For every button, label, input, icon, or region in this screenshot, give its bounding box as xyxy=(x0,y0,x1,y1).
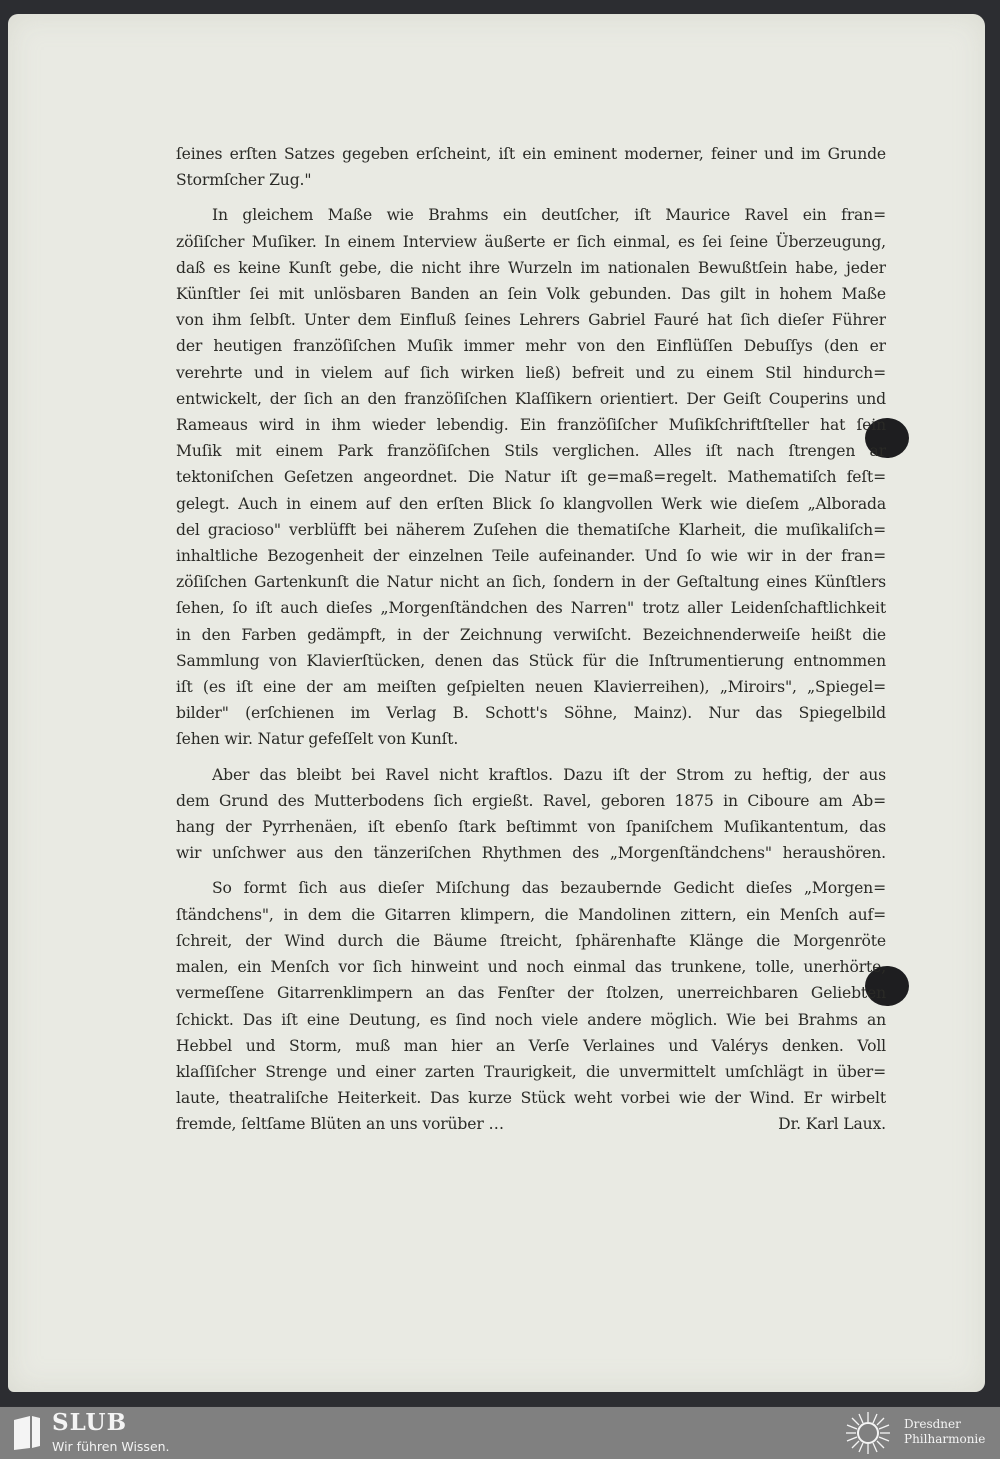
slub-logo-icon xyxy=(12,1414,42,1452)
paragraph-2: In gleichem Maße wie Brahms ein deutſche… xyxy=(176,202,886,752)
slub-tagline: Wir führen Wissen. xyxy=(52,1439,170,1454)
footer-bar: SLUB Wir führen Wissen. Dresdner Philhar… xyxy=(0,1407,1000,1459)
text-line: laute, theatraliſche Heiterkeit. Das kur… xyxy=(176,1085,886,1111)
paragraph-1: ſeines erſten Satzes gegeben erſcheint, … xyxy=(176,141,886,193)
text-line: ſtändchens", in dem die Gitarren klimper… xyxy=(176,902,886,928)
philharmonie-name: Dresdner Philharmonie xyxy=(904,1417,985,1447)
text-line: hang der Pyrrhenäen, iſt ebenſo ſtark be… xyxy=(176,814,886,840)
philharmonie-logo-icon xyxy=(840,1410,896,1456)
text-line: gelegt. Auch in einem auf den erſten Bli… xyxy=(176,491,886,517)
author-signature: Dr. Karl Laux. xyxy=(778,1111,886,1137)
text-line: Künſtler ſei mit unlösbaren Banden an ſe… xyxy=(176,281,886,307)
text-line: Stormſcher Zug." xyxy=(176,167,886,193)
text-line: Hebbel und Storm, muß man hier an Verſe … xyxy=(176,1033,886,1059)
closing-line: fremde, ſeltſame Blüten an uns vorüber …… xyxy=(176,1111,886,1137)
text-line: daß es keine Kunſt gebe, die nicht ihre … xyxy=(176,255,886,281)
text-line: Sammlung von Klavierſtücken, denen das S… xyxy=(176,648,886,674)
text-line: klaſſiſcher Strenge und einer zarten Tra… xyxy=(176,1059,886,1085)
philharmonie-line2: Philharmonie xyxy=(904,1432,985,1446)
text-line: von ihm ſelbſt. Unter dem Einfluß ſeines… xyxy=(176,307,886,333)
text-line: wir unſchwer aus den tänzeriſchen Rhythm… xyxy=(176,840,886,866)
text-line: In gleichem Maße wie Brahms ein deutſche… xyxy=(176,202,886,228)
text-line: entwickelt, der ſich an den franzöſiſche… xyxy=(176,386,886,412)
text-line: del gracioso" verblüfft bei näherem Zuſe… xyxy=(176,517,886,543)
text-line: inhaltliche Bezogenheit der einzelnen Te… xyxy=(176,543,886,569)
text-line: bilder" (erſchienen im Verlag B. Schott'… xyxy=(176,700,886,726)
text-line: ſchreit, der Wind durch die Bäume ſtreic… xyxy=(176,928,886,954)
text-line: zöſiſcher Muſiker. In einem Interview äu… xyxy=(176,229,886,255)
text-line: zöſiſchen Gartenkunſt die Natur nicht an… xyxy=(176,569,886,595)
document-body: ſeines erſten Satzes gegeben erſcheint, … xyxy=(176,141,886,1147)
text-line: So formt ſich aus dieſer Miſchung das be… xyxy=(176,875,886,901)
text-line: Aber das bleibt bei Ravel nicht kraftlos… xyxy=(176,762,886,788)
text-line: Rameaus wird in ihm wieder lebendig. Ein… xyxy=(176,412,886,438)
closing-text: fremde, ſeltſame Blüten an uns vorüber … xyxy=(176,1111,504,1137)
text-line: ſehen wir. Natur gefeſſelt von Kunſt. xyxy=(176,726,886,752)
slub-name: SLUB xyxy=(52,1409,127,1436)
text-line: in den Farben gedämpft, in der Zeichnung… xyxy=(176,622,886,648)
text-line: tektoniſchen Geſetzen angeordnet. Die Na… xyxy=(176,464,886,490)
paragraph-3: Aber das bleibt bei Ravel nicht kraftlos… xyxy=(176,762,886,867)
philharmonie-line1: Dresdner xyxy=(904,1417,961,1431)
text-line: vermeſſene Gitarrenklimpern an das Fenſt… xyxy=(176,980,886,1006)
text-line: dem Grund des Mutterbodens ſich ergießt.… xyxy=(176,788,886,814)
text-line: verehrte und in vielem auf ſich wirken l… xyxy=(176,360,886,386)
text-line: ſchickt. Das iſt eine Deutung, es ſind n… xyxy=(176,1007,886,1033)
paragraph-4: So formt ſich aus dieſer Miſchung das be… xyxy=(176,875,886,1137)
text-line: Muſik mit einem Park franzöſiſchen Stils… xyxy=(176,438,886,464)
text-line: ſehen, ſo iſt auch dieſes „Morgenſtändch… xyxy=(176,595,886,621)
text-line: malen, ein Menſch vor ſich hinweint und … xyxy=(176,954,886,980)
text-line: ſeines erſten Satzes gegeben erſcheint, … xyxy=(176,141,886,167)
text-line: iſt (es iſt eine der am meiſten geſpielt… xyxy=(176,674,886,700)
text-line: der heutigen franzöſiſchen Muſik immer m… xyxy=(176,333,886,359)
